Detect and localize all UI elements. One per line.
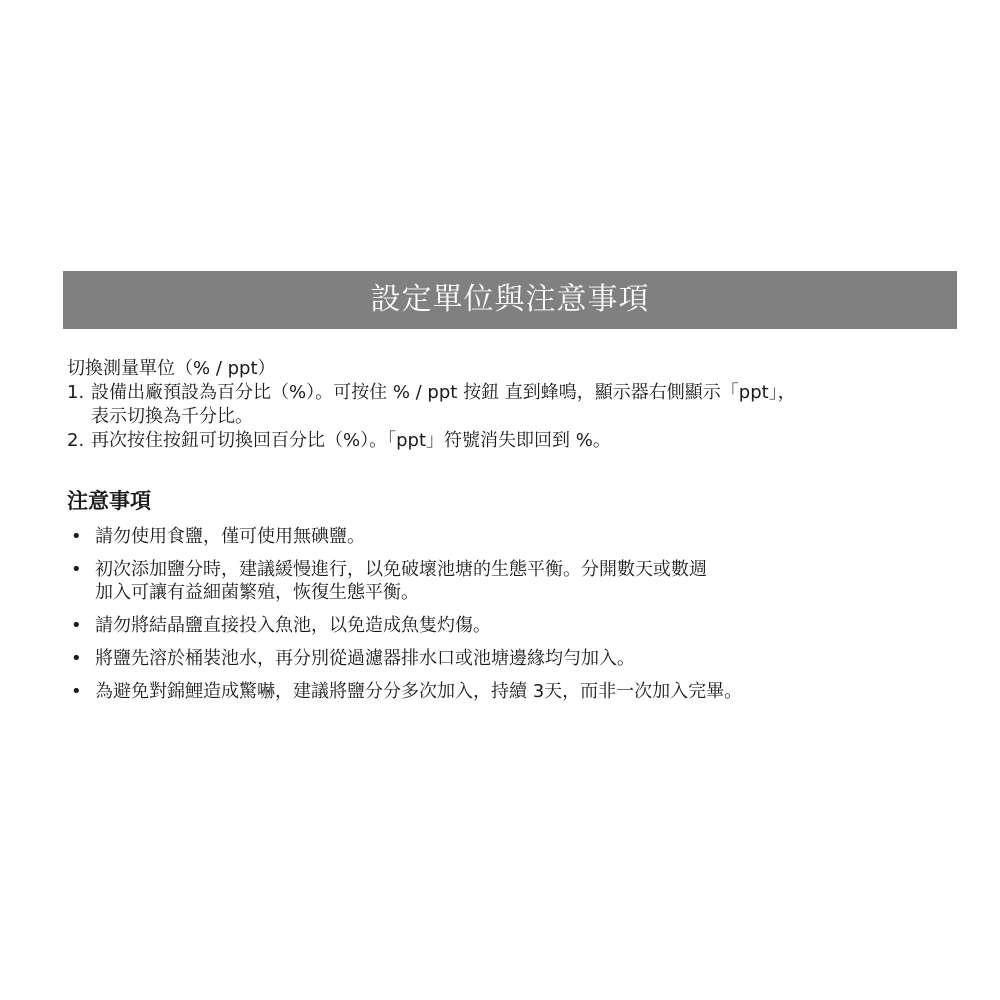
bullet-icon: • (67, 525, 95, 548)
item-text-continued: 表示切換為千分比。 (91, 405, 796, 429)
item-number: 1. (67, 381, 91, 429)
note-item: • 為避免對錦鯉造成驚嚇，建議將鹽分分多次加入，持續 3天，而非一次加入完畢。 (67, 680, 957, 703)
note-text: 初次添加鹽分時，建議緩慢進行，以免破壞池塘的生態平衡。分開數天或數週 (95, 558, 707, 581)
bullet-icon: • (67, 680, 95, 703)
numbered-item: 2. 再次按住按鈕可切換回百分比（%）。「ppt」符號消失即回到 %。 (67, 429, 957, 453)
bullet-icon: • (67, 647, 95, 670)
item-number: 2. (67, 429, 91, 453)
note-item: • 初次添加鹽分時，建議緩慢進行，以免破壞池塘的生態平衡。分開數天或數週 加入可… (67, 558, 957, 604)
note-item: • 請勿將結晶鹽直接投入魚池，以免造成魚隻灼傷。 (67, 614, 957, 637)
bullet-icon: • (67, 614, 95, 637)
note-item: • 請勿使用食鹽，僅可使用無碘鹽。 (67, 525, 957, 548)
numbered-item: 1. 設備出廠預設為百分比（%）。可按住 % / ppt 按鈕 直到蜂鳴，顯示器… (67, 381, 957, 429)
section-banner: 設定單位與注意事項 (63, 271, 957, 329)
notes-heading: 注意事項 (67, 487, 957, 515)
bullet-icon: • (67, 558, 95, 604)
note-text: 為避免對錦鯉造成驚嚇，建議將鹽分分多次加入，持續 3天，而非一次加入完畢。 (95, 680, 742, 703)
note-text: 將鹽先溶於桶裝池水，再分別從過濾器排水口或池塘邊緣均勻加入。 (95, 647, 635, 670)
note-text: 請勿將結晶鹽直接投入魚池，以免造成魚隻灼傷。 (95, 614, 491, 637)
unit-switch-heading: 切換測量單位（% / ppt） (67, 357, 957, 381)
item-text: 設備出廠預設為百分比（%）。可按住 % / ppt 按鈕 直到蜂鳴，顯示器右側顯… (91, 381, 796, 405)
note-text-continued: 加入可讓有益細菌繁殖，恢復生態平衡。 (95, 581, 707, 604)
unit-switch-section: 切換測量單位（% / ppt） 1. 設備出廠預設為百分比（%）。可按住 % /… (67, 357, 957, 453)
note-item: • 將鹽先溶於桶裝池水，再分別從過濾器排水口或池塘邊緣均勻加入。 (67, 647, 957, 670)
item-text: 再次按住按鈕可切換回百分比（%）。「ppt」符號消失即回到 %。 (91, 429, 611, 453)
notes-section: 注意事項 • 請勿使用食鹽，僅可使用無碘鹽。 • 初次添加鹽分時，建議緩慢進行，… (67, 487, 957, 713)
banner-title: 設定單位與注意事項 (371, 285, 650, 315)
note-text: 請勿使用食鹽，僅可使用無碘鹽。 (95, 525, 365, 548)
